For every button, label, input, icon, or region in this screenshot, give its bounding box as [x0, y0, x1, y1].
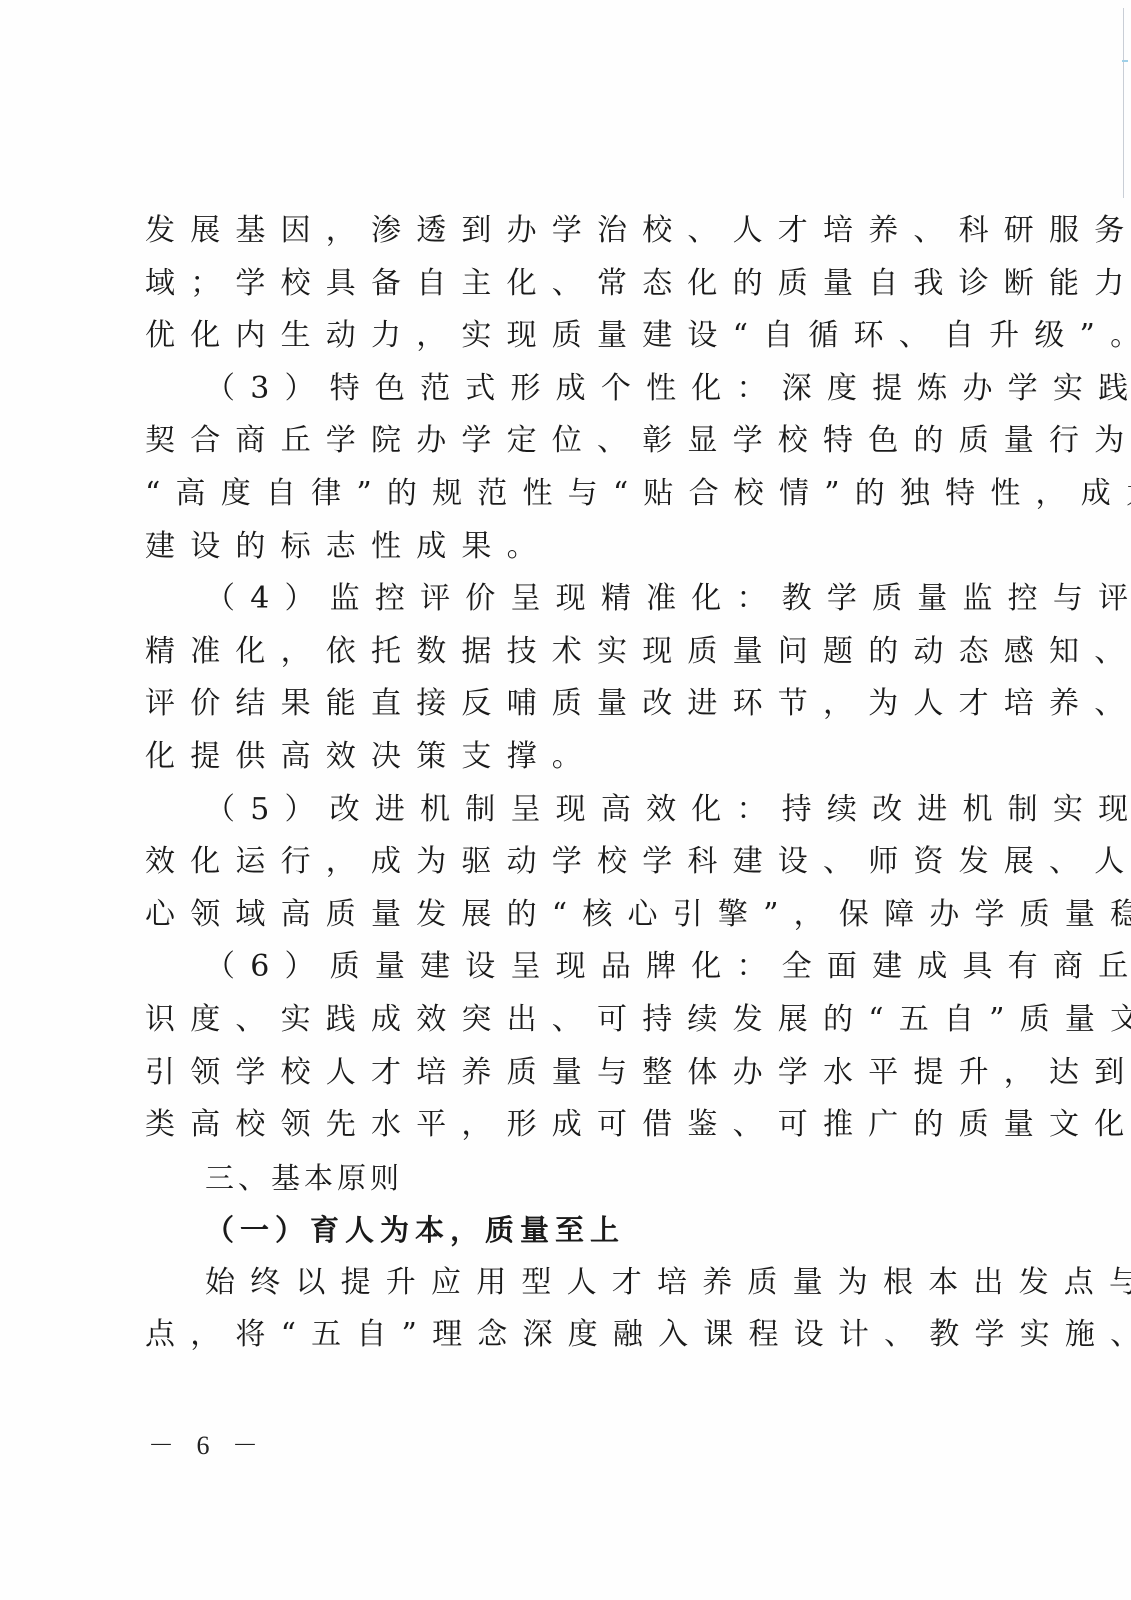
item-5-first-line: （5）改进机制呈现高效化：持续改进机制实现顺畅化、高 [145, 784, 965, 837]
paragraph-line: 引领学校人才培养质量与整体办学水平提升，达到河南省内同 [145, 1047, 965, 1100]
page-number: － 6 － [148, 1425, 266, 1462]
paragraph-line: 类高校领先水平，形成可借鉴、可推广的质量文化品牌。 [145, 1099, 965, 1152]
document-body: 发展基因，渗透到办学治校、人才培养、科研服务的各个区 域；学校具备自主化、常态化… [145, 205, 965, 1362]
paragraph-line: 发展基因，渗透到办学治校、人才培养、科研服务的各个区 [145, 205, 965, 258]
item-3-first-line: （3）特色范式形成个性化：深度提炼办学实践经验，形成 [145, 363, 965, 416]
item-4-first-line: （4）监控评价呈现精准化：教学质量监控与评价体系实现 [145, 573, 965, 626]
paragraph-line: 点，将“五自”理念深度融入课程设计、教学实施、考核评价 [145, 1309, 965, 1362]
paragraph-line: 评价结果能直接反哺质量改进环节，为人才培养、管理服务优 [145, 678, 965, 731]
paragraph-line: 域；学校具备自主化、常态化的质量自我诊断能力和持续性的 [145, 258, 965, 311]
scan-edge-line [1123, 8, 1124, 198]
paragraph-line: 心领域高质量发展的“核心引擎”，保障办学质量稳步攀升。 [145, 889, 965, 942]
document-page: 发展基因，渗透到办学治校、人才培养、科研服务的各个区 域；学校具备自主化、常态化… [0, 0, 1131, 1600]
subsection-heading: （一）育人为本，质量至上 [145, 1204, 965, 1257]
paragraph-line: 识度、实践成效突出、可持续发展的“五自”质量文化品牌， [145, 994, 965, 1047]
paragraph-line: 建设的标志性成果。 [145, 521, 965, 574]
paragraph-line: 化提供高效决策支撑。 [145, 731, 965, 784]
paragraph-line: 效化运行，成为驱动学校学科建设、师资发展、人才培养等核 [145, 836, 965, 889]
scan-edge-mark [1122, 60, 1128, 62]
paragraph-line: 契合商丘学院办学定位、彰显学校特色的质量行为范式，兼具 [145, 415, 965, 468]
paragraph-line: 优化内生动力，实现质量建设“自循环、自升级”。 [145, 310, 965, 363]
paragraph-line: 精准化，依托数据技术实现质量问题的动态感知、精准定位； [145, 626, 965, 679]
paragraph-line: “高度自律”的规范性与“贴合校情”的独特性，成为学校质量 [145, 468, 965, 521]
section-heading: 三、基本原则 [145, 1152, 965, 1205]
item-6-first-line: （6）质量建设呈现品牌化：全面建成具有商丘学院鲜明辨 [145, 941, 965, 994]
paragraph-line: 始终以提升应用型人才培养质量为根本出发点与核心落脚 [145, 1257, 965, 1310]
